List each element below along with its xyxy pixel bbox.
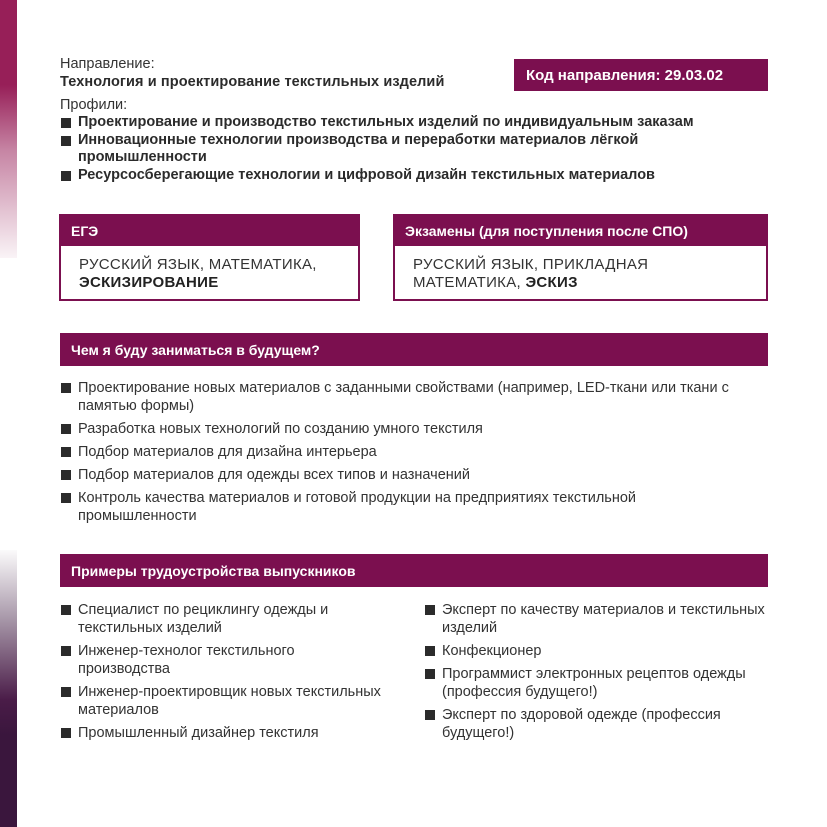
list-item: Инженер-проектировщик новых текстильных … xyxy=(60,683,390,719)
square-bullet-icon xyxy=(425,646,435,656)
employment-section-header: Примеры трудоустройства выпускников xyxy=(60,554,768,587)
list-item: Специалист по рециклингу одежды и тексти… xyxy=(60,601,390,637)
list-item: Эксперт по здоровой одежде (профессия бу… xyxy=(424,706,769,742)
list-item: Проектирование новых материалов с заданн… xyxy=(60,379,750,415)
spo-exams-subjects: РУССКИЙ ЯЗЫК, ПРИКЛАДНАЯ МАТЕМАТИКА, ЭСК… xyxy=(395,246,691,292)
ege-creative-exam: ЭСКИЗИРОВАНИЕ xyxy=(79,274,219,291)
profile-item: Ресурсосберегающие технологии и цифровой… xyxy=(60,167,780,184)
square-bullet-icon xyxy=(61,470,71,480)
profile-item: Проектирование и производство текстильны… xyxy=(60,114,780,131)
square-bullet-icon xyxy=(425,605,435,615)
square-bullet-icon xyxy=(61,646,71,656)
future-section-header: Чем я буду заниматься в будущем? xyxy=(60,333,768,366)
square-bullet-icon xyxy=(61,136,71,146)
square-bullet-icon xyxy=(61,118,71,128)
direction-name: Технология и проектирование текстильных … xyxy=(60,74,444,90)
direction-label: Направление: xyxy=(60,56,155,72)
ege-title: ЕГЭ xyxy=(61,216,358,246)
profiles-label: Профили: xyxy=(60,97,127,113)
square-bullet-icon xyxy=(61,605,71,615)
list-item: Промышленный дизайнер текстиля xyxy=(60,724,390,742)
square-bullet-icon xyxy=(61,447,71,457)
employment-list-right: Эксперт по качеству материалов и текстил… xyxy=(424,601,769,747)
square-bullet-icon xyxy=(61,424,71,434)
list-item: Разработка новых технологий по созданию … xyxy=(60,420,750,438)
square-bullet-icon xyxy=(61,687,71,697)
square-bullet-icon xyxy=(61,383,71,393)
list-item: Инженер-технолог текстильного производст… xyxy=(60,642,390,678)
square-bullet-icon xyxy=(61,171,71,181)
list-item: Контроль качества материалов и готовой п… xyxy=(60,489,750,525)
square-bullet-icon xyxy=(61,728,71,738)
list-item: Эксперт по качеству материалов и текстил… xyxy=(424,601,769,637)
decorative-strip-top xyxy=(0,0,17,258)
decorative-strip-bottom xyxy=(0,550,17,827)
square-bullet-icon xyxy=(425,669,435,679)
employment-list-left: Специалист по рециклингу одежды и тексти… xyxy=(60,601,390,747)
ege-subjects: РУССКИЙ ЯЗЫК, МАТЕМАТИКА, ЭСКИЗИРОВАНИЕ xyxy=(61,246,358,292)
spo-creative-exam: ЭСКИЗ xyxy=(525,274,577,291)
square-bullet-icon xyxy=(61,493,71,503)
list-item: Подбор материалов для дизайна интерьера xyxy=(60,443,750,461)
profiles-list: Проектирование и производство текстильны… xyxy=(60,114,780,185)
list-item: Подбор материалов для одежды всех типов … xyxy=(60,466,750,484)
direction-code-badge: Код направления: 29.03.02 xyxy=(514,59,768,91)
spo-exams-box: Экзамены (для поступления после СПО) РУС… xyxy=(393,214,768,301)
list-item: Программист электронных рецептов одежды … xyxy=(424,665,769,701)
ege-box: ЕГЭ РУССКИЙ ЯЗЫК, МАТЕМАТИКА, ЭСКИЗИРОВА… xyxy=(59,214,360,301)
square-bullet-icon xyxy=(425,710,435,720)
list-item: Конфекционер xyxy=(424,642,769,660)
profile-item: Инновационные технологии производства и … xyxy=(60,132,758,166)
spo-exams-title: Экзамены (для поступления после СПО) xyxy=(395,216,766,246)
future-list: Проектирование новых материалов с заданн… xyxy=(60,379,750,530)
